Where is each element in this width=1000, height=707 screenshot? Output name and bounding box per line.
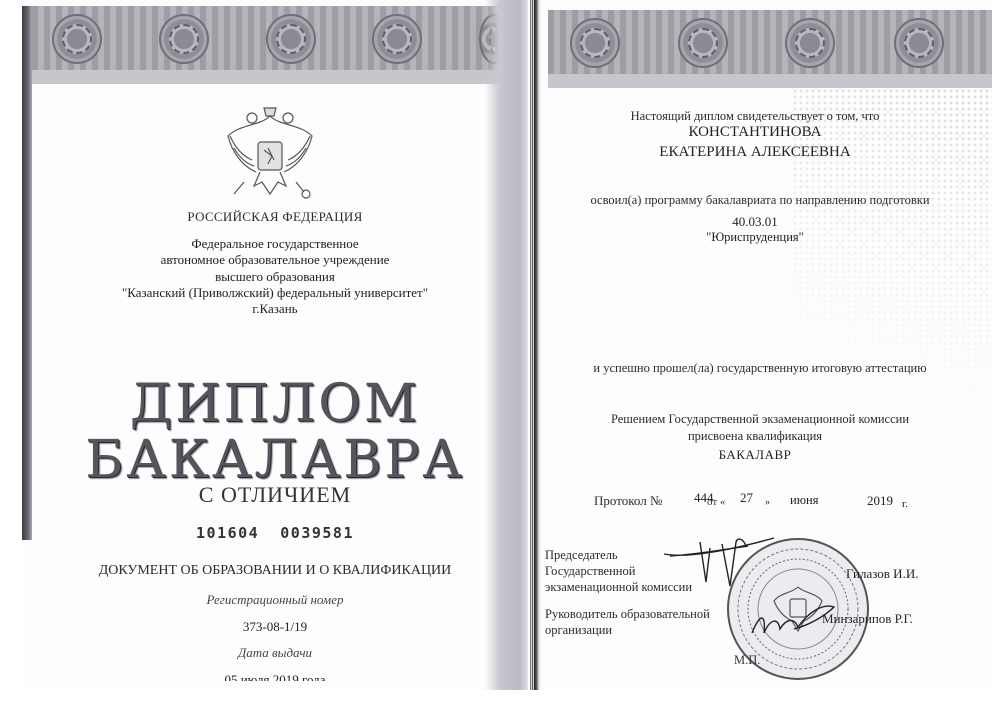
left-border-line [22, 6, 32, 540]
protocol-from-label: от « [707, 496, 725, 508]
ornamental-band-left [32, 6, 510, 84]
protocol-close-quote: » [765, 497, 770, 508]
institution-name: Федеральное государственное автономное о… [100, 236, 450, 317]
head-name: Минзарипов Р.Г. [822, 611, 913, 627]
institution-line: Федеральное государственное [100, 236, 450, 252]
seal-place-label: М.П. [734, 653, 760, 668]
rosette-icon [52, 14, 102, 64]
institution-line: высшего образования [100, 269, 450, 285]
rosette-icon [678, 18, 728, 68]
registration-number: 373-08-1/19 [130, 619, 420, 635]
program-code: 40.03.01 [580, 214, 930, 230]
graduate-given-names: ЕКАТЕРИНА АЛЕКСЕЕВНА [580, 144, 930, 161]
institution-line: "Казанский (Приволжский) федеральный уни… [100, 285, 450, 301]
program-text: освоил(а) программу бакалавриата по напр… [560, 193, 960, 208]
book-spine [485, 0, 541, 690]
head-label-line: организации [545, 622, 710, 638]
scan-bottom-margin [0, 690, 1000, 707]
document-type: ДОКУМЕНТ ОБ ОБРАЗОВАНИИ И О КВАЛИФИКАЦИИ [70, 563, 480, 579]
head-label: Руководитель образовательной организации [545, 606, 710, 638]
institution-city: г.Казань [100, 301, 450, 317]
rosette-icon [372, 14, 422, 64]
commission-decision-text: Решением Государственной экзаменационной… [560, 412, 960, 427]
chairman-name: Гилазов И.И. [846, 566, 918, 582]
graduate-surname: КОНСТАНТИНОВА [580, 124, 930, 141]
protocol-day: 27 [740, 490, 753, 506]
diploma-title: ДИПЛОМ [60, 376, 490, 432]
rosette-icon [785, 18, 835, 68]
registration-label: Регистрационный номер [130, 592, 420, 608]
rosette-icon [159, 14, 209, 64]
rosette-icon [266, 14, 316, 64]
awarded-text: присвоена квалификация [580, 429, 930, 444]
protocol-label: Протокол № [594, 493, 662, 509]
issue-date: 05 июля 2019 года [130, 672, 420, 681]
country-name: РОССИЙСКАЯ ФЕДЕРАЦИЯ [130, 209, 420, 225]
qualification: БАКАЛАВР [580, 447, 930, 463]
serial-number: 101604 0039581 [130, 524, 420, 542]
chairman-signature [660, 532, 780, 587]
institution-line: автономное образовательное учреждение [100, 252, 450, 268]
honors-label: С ОТЛИЧИЕМ [130, 482, 420, 508]
issue-date-label: Дата выдачи [130, 645, 420, 661]
specialty: "Юриспруденция" [580, 230, 930, 245]
protocol-year-suffix: г. [902, 498, 908, 510]
russian-coat-of-arms-icon [220, 100, 320, 210]
head-label-line: Руководитель образовательной [545, 606, 710, 622]
protocol-month: июня [790, 493, 818, 508]
rosette-icon [570, 18, 620, 68]
protocol-year: 2019 [867, 493, 893, 509]
certifies-text: Настоящий диплом свидетельствует о том, … [580, 109, 930, 124]
rosette-icon [894, 18, 944, 68]
diploma-degree-title: БАКАЛАВРА [60, 432, 490, 488]
ornamental-band-right [548, 10, 992, 88]
attestation-text: и успешно прошел(ла) государственную ито… [560, 361, 960, 376]
